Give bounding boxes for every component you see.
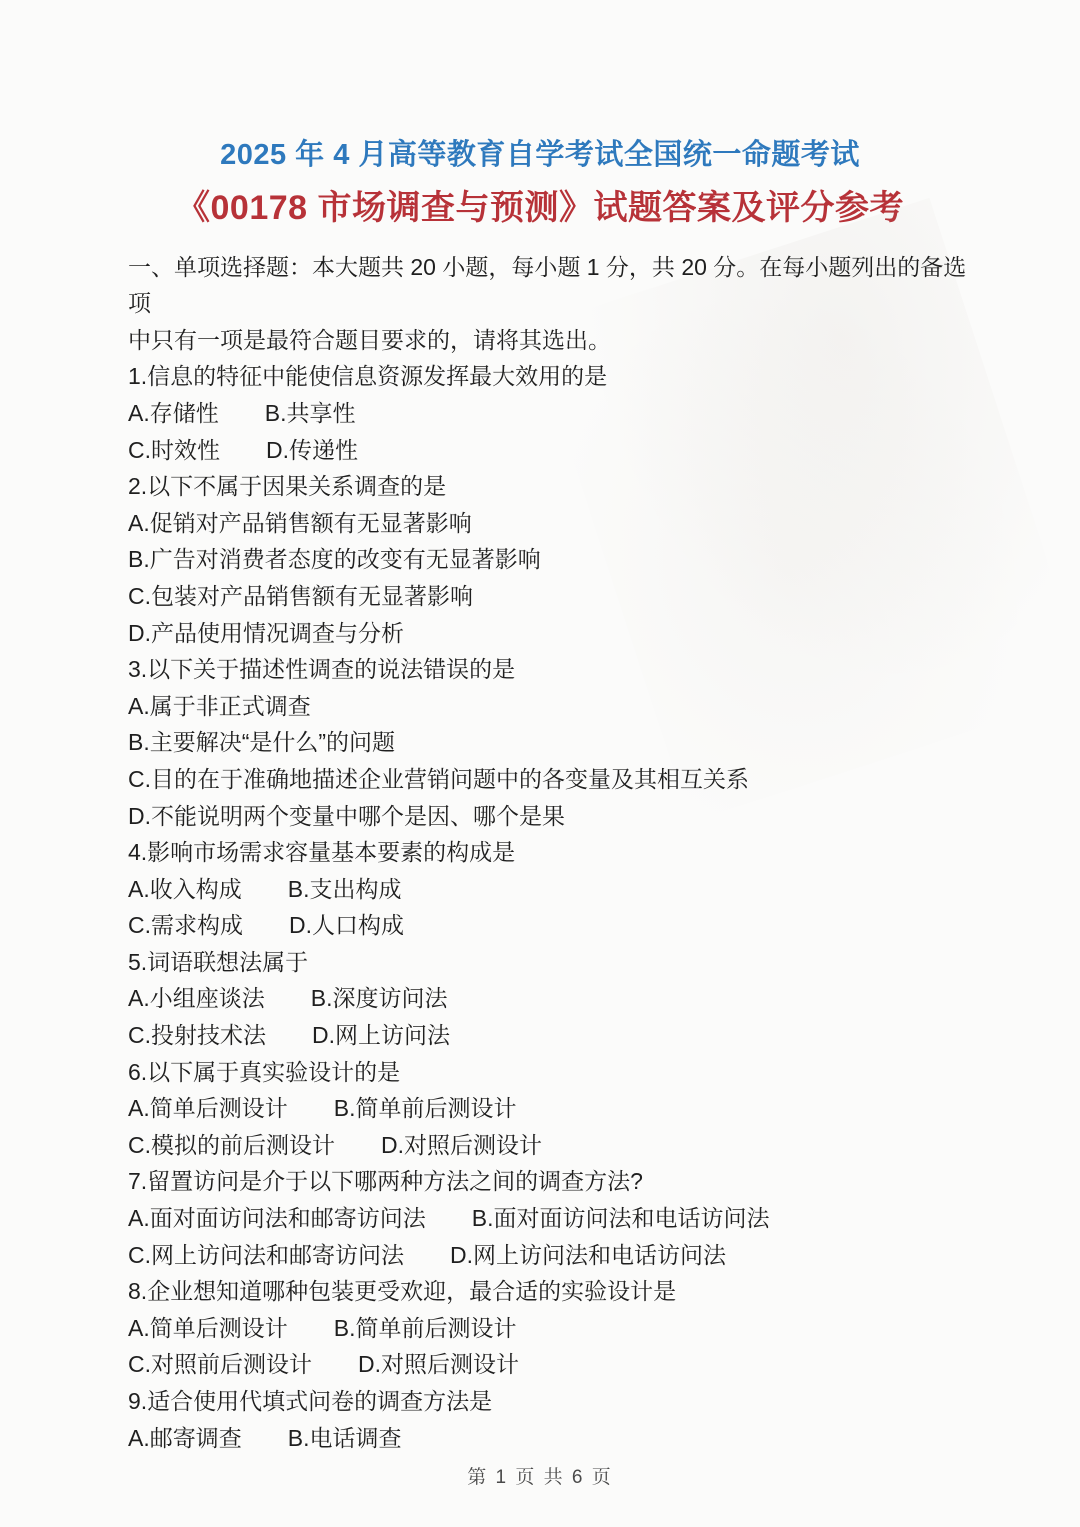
question-8-option-a: A.简单后测设计 xyxy=(128,1310,288,1347)
question-7-option-b: B.面对面访问法和电话访问法 xyxy=(472,1200,770,1237)
question-5-option-b: B.深度访问法 xyxy=(311,980,448,1017)
question-3-option-d: D.不能说明两个变量中哪个是因、哪个是果 xyxy=(128,798,565,835)
question-3-option-b: B.主要解决“是什么”的问题 xyxy=(128,724,395,761)
question-8-option-c: C.对照前后测设计 xyxy=(128,1346,312,1383)
questions-list: 1.信息的特征中能使信息资源发挥最大效用的是A.存储性B.共享性C.时效性D.传… xyxy=(128,358,970,1456)
question-9-stem: 9.适合使用代填式问卷的调查方法是 xyxy=(128,1383,970,1420)
section-one-intro-line2: 中只有一项是最符合题目要求的，请将其选出。 xyxy=(128,322,970,359)
question-5-stem: 5.词语联想法属于 xyxy=(128,944,970,981)
question-2-option-a: A.促销对产品销售额有无显著影响 xyxy=(128,505,472,542)
question-5-option-c: C.投射技术法 xyxy=(128,1017,266,1054)
question-5-option-row: C.投射技术法D.网上访问法 xyxy=(128,1017,970,1054)
doc-subtitle: 《00178 市场调查与预测》试题答案及评分参考 xyxy=(0,188,1080,229)
question-3-option-row: C.目的在于准确地描述企业营销问题中的各变量及其相互关系 xyxy=(128,761,970,798)
question-4-option-d: D.人口构成 xyxy=(289,907,404,944)
question-8-option-row: C.对照前后测设计D.对照后测设计 xyxy=(128,1346,970,1383)
question-1-option-row: C.时效性D.传递性 xyxy=(128,432,970,469)
question-2-option-c: C.包装对产品销售额有无显著影响 xyxy=(128,578,473,615)
section-one-intro-line1: 一、单项选择题：本大题共 20 小题，每小题 1 分，共 20 分。在每小题列出… xyxy=(128,249,970,322)
question-4-stem: 4.影响市场需求容量基本要素的构成是 xyxy=(128,834,970,871)
question-3-option-c: C.目的在于准确地描述企业营销问题中的各变量及其相互关系 xyxy=(128,761,749,798)
question-4-option-a: A.收入构成 xyxy=(128,871,242,908)
question-8-stem: 8.企业想知道哪种包装更受欢迎，最合适的实验设计是 xyxy=(128,1273,970,1310)
question-4-option-row: C.需求构成D.人口构成 xyxy=(128,907,970,944)
question-8-option-row: A.简单后测设计B.简单前后测设计 xyxy=(128,1310,970,1347)
question-3-option-row: D.不能说明两个变量中哪个是因、哪个是果 xyxy=(128,798,970,835)
question-7-option-d: D.网上访问法和电话访问法 xyxy=(450,1237,726,1274)
page-number: 第 1 页 共 6 页 xyxy=(0,1462,1080,1489)
question-2-option-row: A.促销对产品销售额有无显著影响 xyxy=(128,505,970,542)
question-4-option-b: B.支出构成 xyxy=(288,871,402,908)
question-2-option-d: D.产品使用情况调查与分析 xyxy=(128,615,404,652)
question-6-option-a: A.简单后测设计 xyxy=(128,1090,288,1127)
question-1-option-b: B.共享性 xyxy=(265,395,356,432)
question-6-stem: 6.以下属于真实验设计的是 xyxy=(128,1054,970,1091)
question-8-option-b: B.简单前后测设计 xyxy=(334,1310,517,1347)
question-9-option-row: A.邮寄调查B.电话调查 xyxy=(128,1420,970,1457)
question-8-option-d: D.对照后测设计 xyxy=(358,1346,519,1383)
question-6-option-row: C.模拟的前后测设计D.对照后测设计 xyxy=(128,1127,970,1164)
question-2-option-row: D.产品使用情况调查与分析 xyxy=(128,615,970,652)
question-1-option-d: D.传递性 xyxy=(266,432,358,469)
question-6-option-b: B.简单前后测设计 xyxy=(334,1090,517,1127)
question-4-option-row: A.收入构成B.支出构成 xyxy=(128,871,970,908)
question-1-option-c: C.时效性 xyxy=(128,432,220,469)
question-6-option-c: C.模拟的前后测设计 xyxy=(128,1127,335,1164)
question-5-option-row: A.小组座谈法B.深度访问法 xyxy=(128,980,970,1017)
question-2-option-row: C.包装对产品销售额有无显著影响 xyxy=(128,578,970,615)
question-2-option-b: B.广告对消费者态度的改变有无显著影响 xyxy=(128,541,541,578)
question-5-option-d: D.网上访问法 xyxy=(312,1017,450,1054)
question-7-option-a: A.面对面访问法和邮寄访问法 xyxy=(128,1200,426,1237)
question-4-option-c: C.需求构成 xyxy=(128,907,243,944)
doc-title: 2025 年 4 月高等教育自学考试全国统一命题考试 xyxy=(0,138,1080,173)
question-9-option-a: A.邮寄调查 xyxy=(128,1420,242,1457)
question-2-stem: 2.以下不属于因果关系调查的是 xyxy=(128,468,970,505)
question-7-option-row: A.面对面访问法和邮寄访问法B.面对面访问法和电话访问法 xyxy=(128,1200,970,1237)
document-header: 2025 年 4 月高等教育自学考试全国统一命题考试 《00178 市场调查与预… xyxy=(0,0,1080,229)
question-9-option-b: B.电话调查 xyxy=(288,1420,402,1457)
document-body: 一、单项选择题：本大题共 20 小题，每小题 1 分，共 20 分。在每小题列出… xyxy=(128,249,970,1457)
question-3-option-row: A.属于非正式调查 xyxy=(128,688,970,725)
question-3-option-row: B.主要解决“是什么”的问题 xyxy=(128,724,970,761)
question-2-option-row: B.广告对消费者态度的改变有无显著影响 xyxy=(128,541,970,578)
question-7-option-c: C.网上访问法和邮寄访问法 xyxy=(128,1237,404,1274)
question-7-stem: 7.留置访问是介于以下哪两种方法之间的调查方法? xyxy=(128,1163,970,1200)
question-1-stem: 1.信息的特征中能使信息资源发挥最大效用的是 xyxy=(128,358,970,395)
question-1-option-row: A.存储性B.共享性 xyxy=(128,395,970,432)
question-6-option-row: A.简单后测设计B.简单前后测设计 xyxy=(128,1090,970,1127)
document-page: 2025 年 4 月高等教育自学考试全国统一命题考试 《00178 市场调查与预… xyxy=(0,0,1080,1527)
question-5-option-a: A.小组座谈法 xyxy=(128,980,265,1017)
question-7-option-row: C.网上访问法和邮寄访问法D.网上访问法和电话访问法 xyxy=(128,1237,970,1274)
question-3-option-a: A.属于非正式调查 xyxy=(128,688,311,725)
question-6-option-d: D.对照后测设计 xyxy=(381,1127,542,1164)
question-1-option-a: A.存储性 xyxy=(128,395,219,432)
question-3-stem: 3.以下关于描述性调查的说法错误的是 xyxy=(128,651,970,688)
